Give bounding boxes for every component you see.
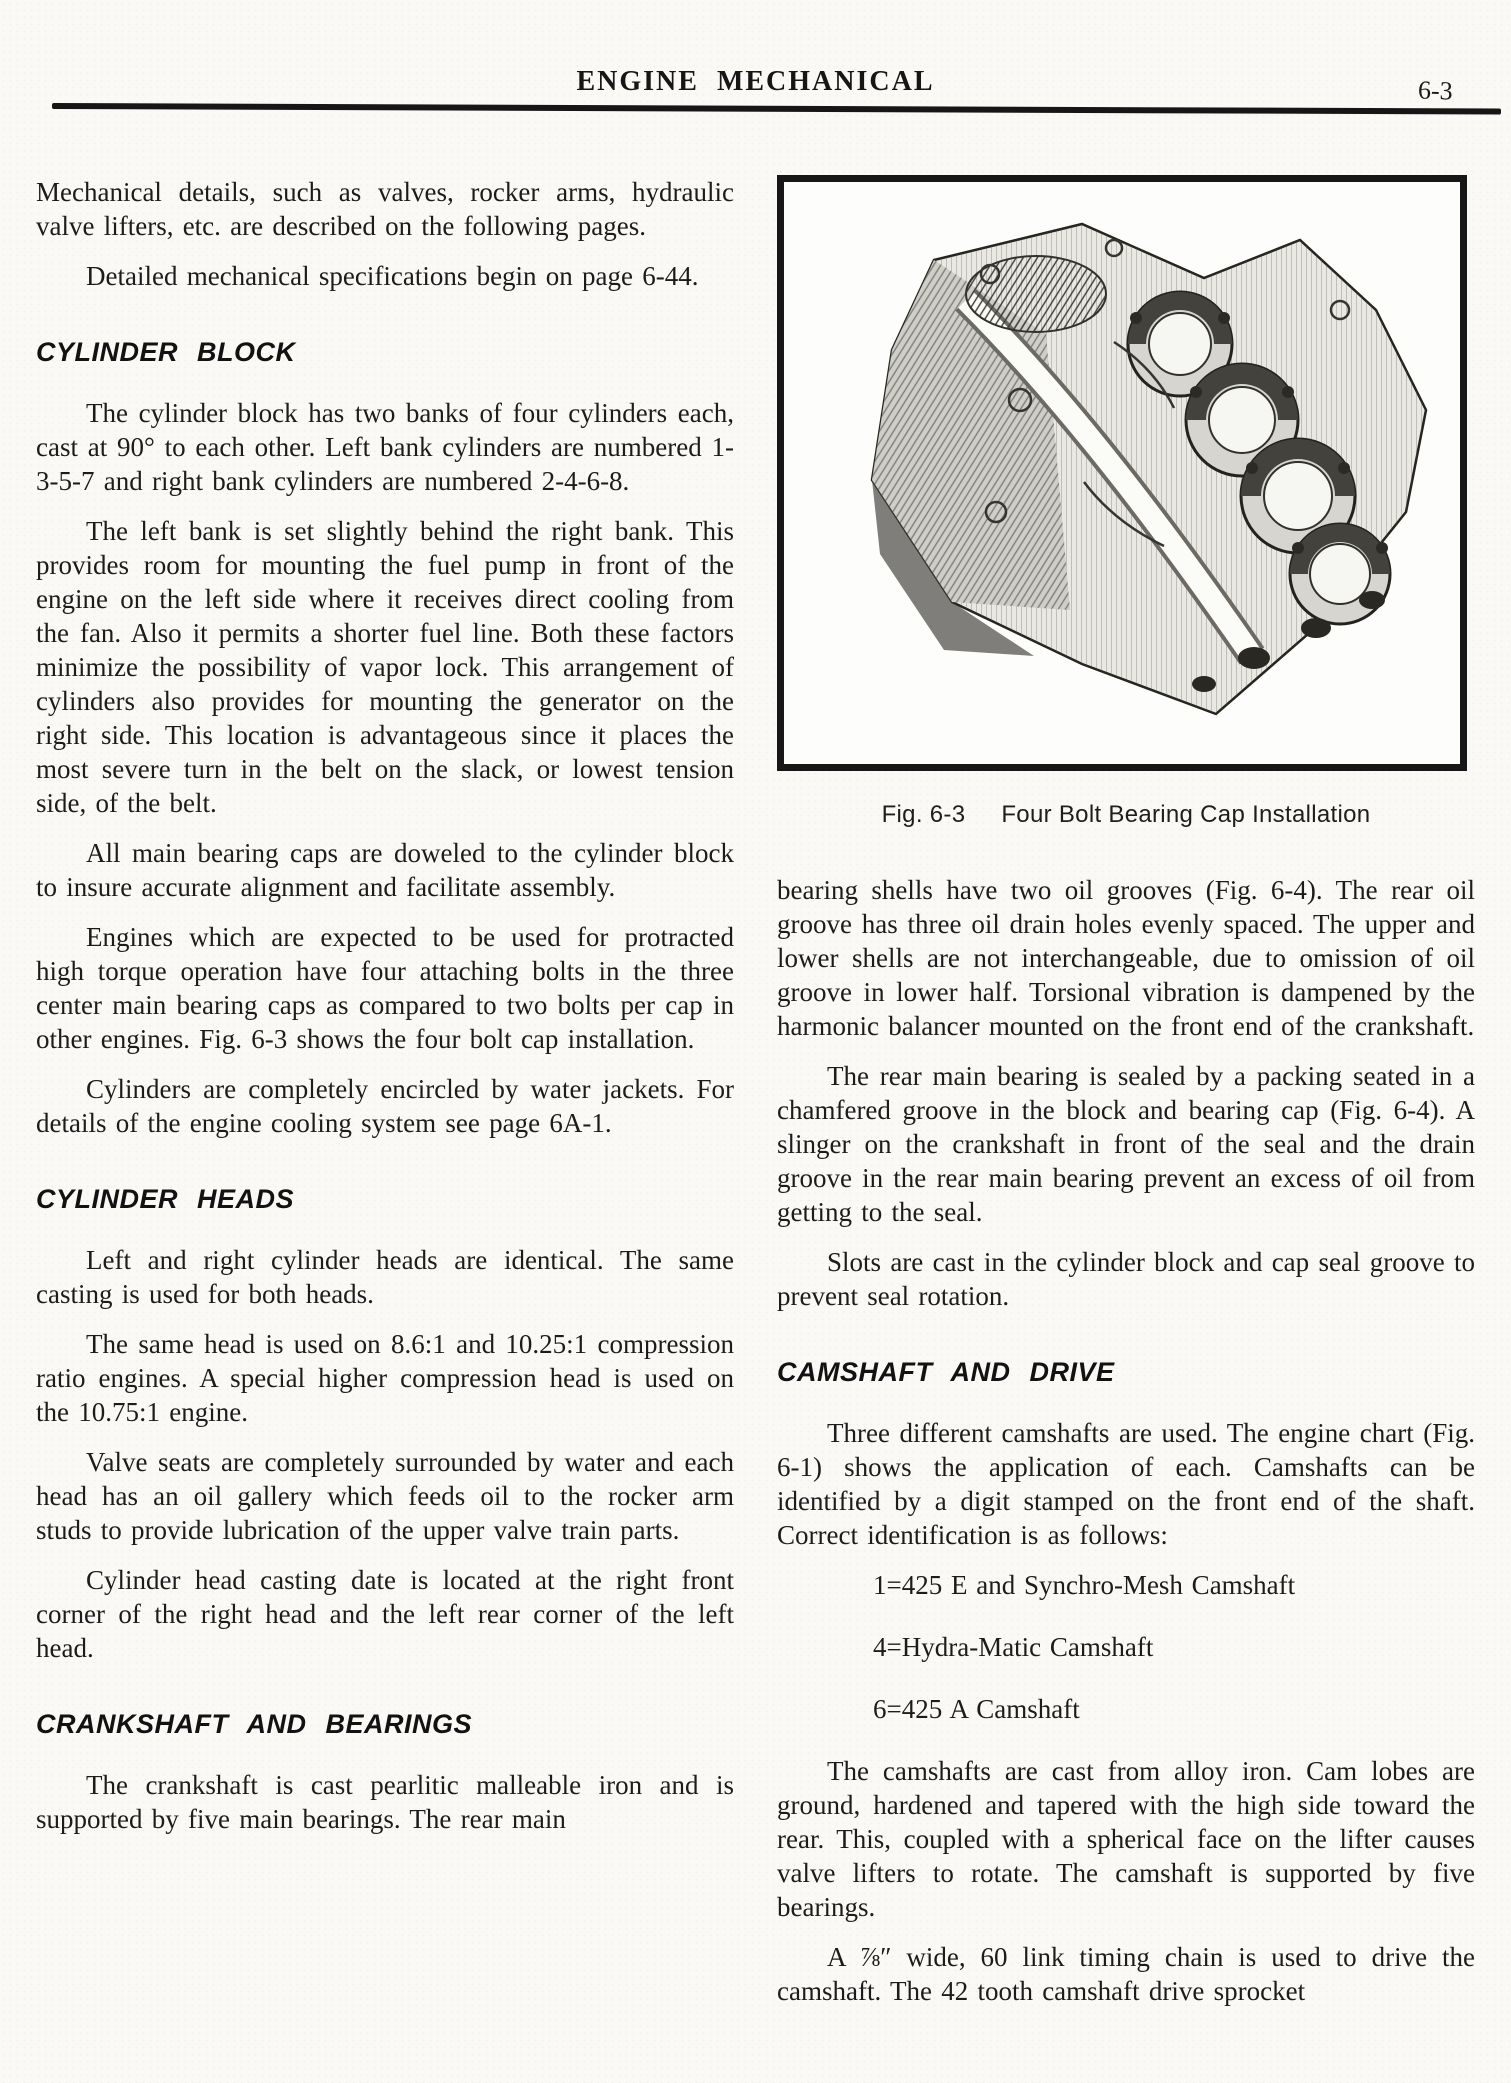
paragraph: A ⅞″ wide, 60 link timing chain is used … <box>777 1940 1475 2008</box>
left-column: Mechanical details, such as valves, rock… <box>36 175 734 1852</box>
right-column: Fig. 6-3Four Bolt Bearing Cap Installati… <box>777 175 1475 2024</box>
header-rule <box>52 103 1501 115</box>
figure-6-3: Fig. 6-3Four Bolt Bearing Cap Installati… <box>777 175 1475 829</box>
paragraph: Cylinder head casting date is located at… <box>36 1563 734 1665</box>
paragraph: The left bank is set slightly behind the… <box>36 514 734 820</box>
paragraph: All main bearing caps are doweled to the… <box>36 836 734 904</box>
engine-block-photo <box>784 182 1460 764</box>
paragraph: The cylinder block has two banks of four… <box>36 396 734 498</box>
paragraph: Three different camshafts are used. The … <box>777 1416 1475 1552</box>
section-heading-cylinder-heads: CYLINDER HEADS <box>36 1184 734 1215</box>
paragraph: The crankshaft is cast pearlitic malleab… <box>36 1768 734 1836</box>
page-title: ENGINE MECHANICAL <box>0 66 1511 98</box>
figure-frame <box>777 175 1467 771</box>
section-heading-cylinder-block: CYLINDER BLOCK <box>36 337 734 368</box>
camshaft-id-item: 4=Hydra-Matic Camshaft <box>873 1630 1475 1664</box>
figure-caption-label: Fig. 6-3 <box>882 801 966 828</box>
paragraph: The camshafts are cast from alloy iron. … <box>777 1754 1475 1924</box>
paragraph: Cylinders are completely encircled by wa… <box>36 1072 734 1140</box>
paragraph: Detailed mechanical specifications begin… <box>36 259 734 293</box>
bearing-cap <box>1290 524 1390 624</box>
manual-page: { "header": { "title": "ENGINE MECHANICA… <box>0 0 1511 2083</box>
camshaft-id-item: 1=425 E and Synchro-Mesh Camshaft <box>873 1568 1475 1602</box>
section-heading-crankshaft-and-bearings: CRANKSHAFT AND BEARINGS <box>36 1709 734 1740</box>
paragraph: Valve seats are completely surrounded by… <box>36 1445 734 1547</box>
paragraph: Left and right cylinder heads are identi… <box>36 1243 734 1311</box>
timing-chain <box>966 256 1106 332</box>
page-number: 6-3 <box>1418 75 1454 106</box>
paragraph: The rear main bearing is sealed by a pac… <box>777 1059 1475 1229</box>
paragraph: The same head is used on 8.6:1 and 10.25… <box>36 1327 734 1429</box>
paragraph: Slots are cast in the cylinder block and… <box>777 1245 1475 1313</box>
camshaft-id-item: 6=425 A Camshaft <box>873 1692 1475 1726</box>
paragraph: Engines which are expected to be used fo… <box>36 920 734 1056</box>
section-heading-camshaft-and-drive: CAMSHAFT AND DRIVE <box>777 1357 1475 1388</box>
figure-caption: Fig. 6-3Four Bolt Bearing Cap Installati… <box>777 801 1475 829</box>
camshaft-id-list: 1=425 E and Synchro-Mesh Camshaft 4=Hydr… <box>777 1568 1475 1726</box>
figure-caption-title: Four Bolt Bearing Cap Installation <box>1001 801 1370 828</box>
paragraph: Mechanical details, such as valves, rock… <box>36 175 734 243</box>
paragraph: bearing shells have two oil grooves (Fig… <box>777 873 1475 1043</box>
